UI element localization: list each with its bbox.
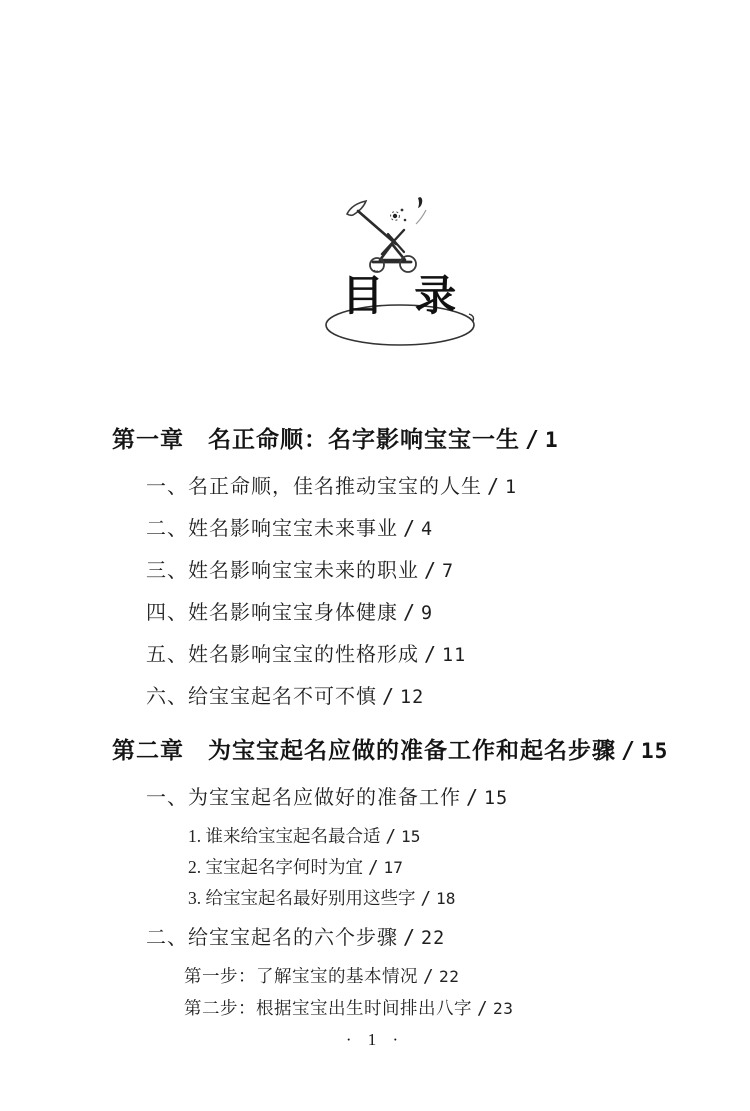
- toc-item-section: 六、给宝宝起名不可不慎/12: [146, 683, 672, 711]
- toc-page: 目 录 第一章 名正命顺：名字影响宝宝一生/1一、名正命顺，佳名推动宝宝的人生/…: [0, 0, 750, 1111]
- toc-item-page: 1: [545, 427, 559, 452]
- toc-item-section: 四、姓名影响宝宝身体健康/9: [146, 599, 672, 627]
- toc-item-page: 1: [505, 477, 517, 498]
- toc-item-page: 17: [384, 858, 403, 877]
- toc-item-label: 1. 谁来给宝宝起名最合适: [188, 826, 381, 846]
- toc-item-separator: /: [419, 558, 442, 582]
- toc-item-label: 一、名正命顺，佳名推动宝宝的人生: [146, 476, 482, 498]
- toc-item-separator: /: [381, 827, 402, 847]
- toc-item-label: 三、姓名影响宝宝未来的职业: [146, 560, 419, 582]
- toc-item-label: 第二章 为宝宝起名应做的准备工作和起名步骤: [112, 737, 616, 763]
- toc-title-block: 目 录: [305, 270, 495, 352]
- toc-item-separator: /: [363, 858, 384, 878]
- toc-item-page: 18: [436, 889, 455, 908]
- toc-item-page: 22: [439, 967, 459, 986]
- toc-item-label: 二、给宝宝起名的六个步骤: [146, 927, 398, 949]
- toc-item-page: 9: [421, 603, 433, 624]
- toc-item-page: 22: [421, 928, 445, 949]
- toc-item-separator: /: [616, 738, 641, 764]
- toc-item-chapter: 第二章 为宝宝起名应做的准备工作和起名步骤/15: [112, 735, 672, 766]
- toc-item-section: 一、为宝宝起名应做好的准备工作/15: [146, 784, 672, 812]
- toc-item-separator: /: [482, 474, 505, 498]
- toc-item-label: 第一章 名正命顺：名字影响宝宝一生: [112, 426, 520, 452]
- toc-item-separator: /: [418, 967, 439, 987]
- toc-item-label: 3. 给宝宝起名最好别用这些字: [188, 888, 416, 908]
- toc-item-sub: 2. 宝宝起名字何时为宜/17: [188, 856, 672, 879]
- baby-stroller-icon: [344, 193, 436, 273]
- toc-item-step: 第一步：了解宝宝的基本情况/22: [184, 965, 672, 988]
- toc-item-separator: /: [398, 925, 421, 949]
- toc-item-section: 三、姓名影响宝宝未来的职业/7: [146, 557, 672, 585]
- toc-list: 第一章 名正命顺：名字影响宝宝一生/1一、名正命顺，佳名推动宝宝的人生/1二、姓…: [112, 400, 672, 1029]
- toc-item-page: 12: [400, 687, 424, 708]
- page-number: · 1 ·: [0, 1030, 750, 1050]
- toc-item-label: 一、为宝宝起名应做好的准备工作: [146, 787, 461, 809]
- toc-item-separator: /: [416, 889, 437, 909]
- toc-item-section: 二、给宝宝起名的六个步骤/22: [146, 924, 672, 952]
- toc-item-label: 四、姓名影响宝宝身体健康: [146, 602, 398, 624]
- toc-item-label: 二、姓名影响宝宝未来事业: [146, 518, 398, 540]
- toc-item-sub: 1. 谁来给宝宝起名最合适/15: [188, 825, 672, 848]
- toc-item-section: 一、名正命顺，佳名推动宝宝的人生/1: [146, 473, 672, 501]
- toc-item-separator: /: [472, 999, 493, 1019]
- toc-item-separator: /: [398, 600, 421, 624]
- toc-item-page: 4: [421, 519, 433, 540]
- toc-item-label: 第一步：了解宝宝的基本情况: [184, 966, 418, 986]
- toc-item-sub: 3. 给宝宝起名最好别用这些字/18: [188, 887, 672, 910]
- toc-item-page: 7: [442, 561, 454, 582]
- toc-item-label: 2. 宝宝起名字何时为宜: [188, 857, 363, 877]
- toc-item-page: 15: [641, 738, 668, 763]
- toc-item-section: 二、姓名影响宝宝未来事业/4: [146, 515, 672, 543]
- toc-item-page: 11: [442, 645, 466, 666]
- toc-item-separator: /: [419, 642, 442, 666]
- toc-item-label: 六、给宝宝起名不可不慎: [146, 686, 377, 708]
- toc-item-separator: /: [461, 785, 484, 809]
- toc-item-page: 15: [401, 827, 420, 846]
- toc-item-label: 五、姓名影响宝宝的性格形成: [146, 644, 419, 666]
- toc-item-page: 23: [493, 999, 513, 1018]
- page-title: 目 录: [305, 274, 495, 320]
- toc-item-step: 第二步：根据宝宝出生时间排出八字/23: [184, 997, 672, 1020]
- toc-item-separator: /: [520, 427, 545, 453]
- toc-item-label: 第二步：根据宝宝出生时间排出八字: [184, 998, 472, 1018]
- toc-item-separator: /: [377, 684, 400, 708]
- toc-item-page: 15: [484, 788, 508, 809]
- toc-item-section: 五、姓名影响宝宝的性格形成/11: [146, 641, 672, 669]
- toc-item-separator: /: [398, 516, 421, 540]
- toc-item-chapter: 第一章 名正命顺：名字影响宝宝一生/1: [112, 424, 672, 455]
